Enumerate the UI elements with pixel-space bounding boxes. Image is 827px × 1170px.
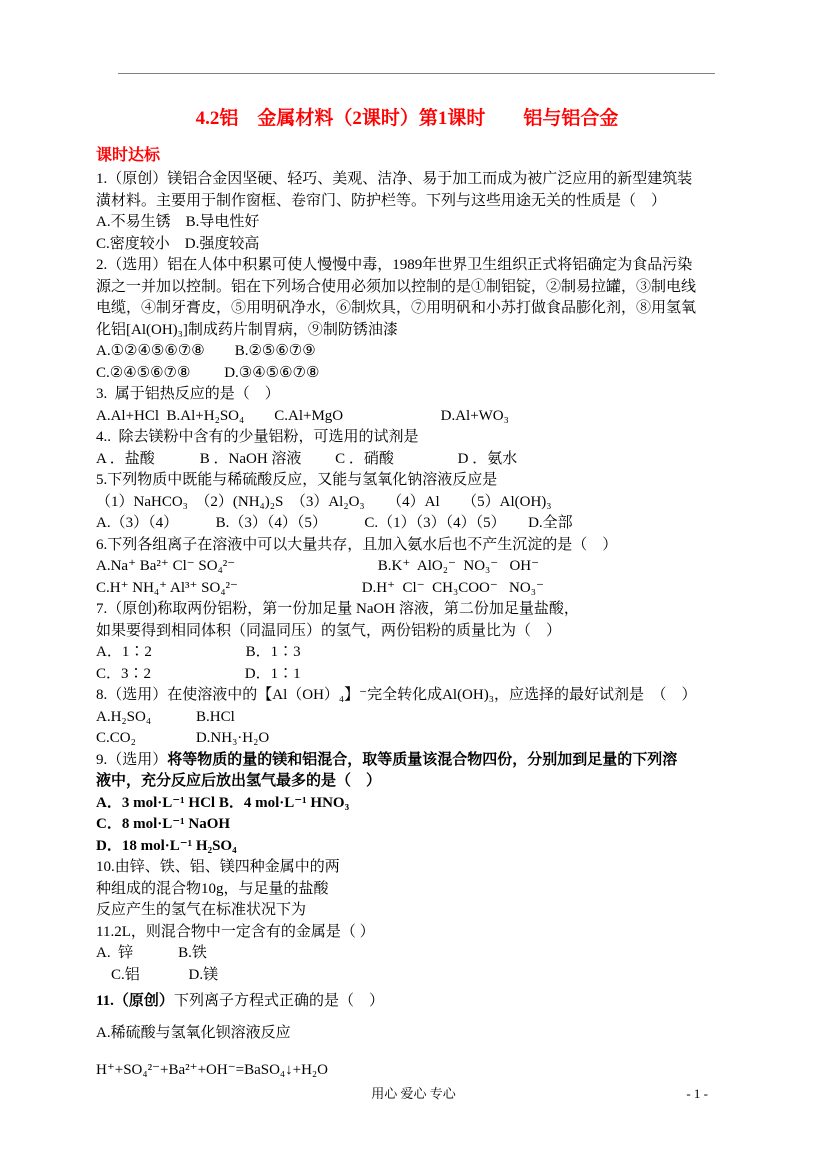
text-segment: A.不易生锈 B.导电性好 (96, 214, 259, 230)
document-line: 化铝[Al(OH)₃]制成药片制胃病，⑨制防锈油漆 (96, 320, 718, 342)
document-line: C.②④⑤⑥⑦⑧ D.③④⑤⑥⑦⑧ (96, 363, 718, 385)
document-line: 2.（选用）铝在人体中积累可使人慢慢中毒，1989年世界卫生组织正式将铝确定为食… (96, 255, 718, 277)
document-content: 4.2铝 金属材料（2课时）第1课时 铝与铝合金 课时达标 1.（原创）镁铝合金… (96, 106, 718, 1082)
document-line: 10.由锌、铁、铝、镁四种金属中的两 (96, 857, 718, 879)
document-line: A.H₂SO₄ B.HCl (96, 707, 718, 729)
document-line: A.①②④⑤⑥⑦⑧ B.②⑤⑥⑦⑨ (96, 341, 718, 363)
page-footer: 用心 爱心 专心 - 1 - (0, 1086, 827, 1102)
text-segment: 化铝[Al(OH)₃]制成药片制胃病，⑨制防锈油漆 (96, 322, 398, 338)
document-line: 1.（原创）镁铝合金因坚硬、轻巧、美观、洁净、易于加工而成为被广泛应用的新型建筑… (96, 169, 718, 191)
text-segment: A．1∶2 B．1∶3 (96, 644, 301, 660)
text-segment: A.H₂SO₄ B.HCl (96, 709, 235, 725)
document-line: A.Na⁺ Ba²⁺ Cl⁻ SO₄²⁻ B.K⁺ AlO₂⁻ NO₃⁻ OH⁻ (96, 556, 718, 578)
text-segment: 8.（选用）在使溶液中的【Al（OH）₄】⁻完全转化成Al(OH)₃，应选择的最… (96, 687, 696, 703)
text-segment: H⁺+SO₄²⁻+Ba²⁺+OH⁻=BaSO₄↓+H₂O (96, 1062, 328, 1078)
document-line: C．8 mol·L⁻¹ NaOH (96, 814, 718, 836)
text-segment: 7.（原创)称取两份铝粉，第一份加足量 NaOH 溶液，第二份加足量盐酸， (96, 601, 579, 617)
document-line: 6.下列各组离子在溶液中可以大量共存，且加入氨水后也不产生沉淀的是（ ） (96, 535, 718, 557)
document-line: C．3∶2 D．1∶1 (96, 664, 718, 686)
text-segment: A.稀硫酸与氢氧化钡溶液反应 (96, 1025, 291, 1041)
document-line: C.H⁺ NH₄⁺ Al³⁺ SO₄²⁻ D.H⁺ Cl⁻ CH₃COO⁻ NO… (96, 578, 718, 600)
text-segment: 种组成的混合物10g，与足量的盐酸 (96, 881, 329, 897)
document-line: A.稀硫酸与氢氧化钡溶液反应 (96, 1023, 718, 1045)
document-line: A．3 mol·L⁻¹ HCl B．4 mol·L⁻¹ HNO₃ (96, 793, 718, 815)
page-number: - 1 - (686, 1086, 708, 1102)
text-segment: 6.下列各组离子在溶液中可以大量共存，且加入氨水后也不产生沉淀的是（ ） (96, 537, 617, 553)
document-line: D．18 mol·L⁻¹ H₂SO₄ (96, 836, 718, 858)
document-line: A.不易生锈 B.导电性好 (96, 212, 718, 234)
document-line: 如果要得到相同体积（同温同压）的氢气，两份铝粉的质量比为（ ） (96, 621, 718, 643)
text-segment: 源之一并加以控制。铝在下列场合使用必须加以控制的是①制铝锭，②制易拉罐，③制电线 (96, 279, 696, 295)
page-title: 4.2铝 金属材料（2课时）第1课时 铝与铝合金 (96, 106, 718, 132)
document-line: 4.. 除去镁粉中含有的少量铝粉，可选用的试剂是 (96, 427, 718, 449)
text-segment: 潢材料。主要用于制作窗框、卷帘门、防护栏等。下列与这些用途无关的性质是（ ） (96, 193, 666, 209)
document-line: 源之一并加以控制。铝在下列场合使用必须加以控制的是①制铝锭，②制易拉罐，③制电线 (96, 277, 718, 299)
text-segment: C．3∶2 D．1∶1 (96, 666, 301, 682)
text-segment: 4.. 除去镁粉中含有的少量铝粉，可选用的试剂是 (96, 429, 419, 445)
text-segment: 5.下列物质中既能与稀硫酸反应，又能与氢氧化钠溶液反应是 (96, 472, 497, 488)
text-segment: C．8 mol·L⁻¹ NaOH (96, 816, 230, 832)
text-segment: A. 锌 B.铁 (96, 945, 207, 961)
text-segment: 如果要得到相同体积（同温同压）的氢气，两份铝粉的质量比为（ ） (96, 623, 561, 639)
text-segment: 2.（选用）铝在人体中积累可使人慢慢中毒，1989年世界卫生组织正式将铝确定为食… (96, 257, 692, 273)
text-segment: 3. 属于铝热反应的是（ ） (96, 386, 280, 402)
text-segment: D．18 mol·L⁻¹ H₂SO₄ (96, 838, 237, 854)
text-segment: 11.（原创） (96, 993, 174, 1009)
document-line: 种组成的混合物10g，与足量的盐酸 (96, 879, 718, 901)
document-line: 11.2L，则混合物中一定含有的金属是（ ） (96, 922, 718, 944)
document-line: A.Al+HCl B.Al+H₂SO₄ C.Al+MgO D.Al+WO₃ (96, 406, 718, 428)
text-segment: A.①②④⑤⑥⑦⑧ B.②⑤⑥⑦⑨ (96, 343, 316, 359)
text-segment: C.H⁺ NH₄⁺ Al³⁺ SO₄²⁻ D.H⁺ Cl⁻ CH₃COO⁻ NO… (96, 580, 544, 596)
header-rule (118, 73, 715, 74)
section-heading: 课时达标 (96, 146, 718, 166)
document-line: 3. 属于铝热反应的是（ ） (96, 384, 718, 406)
text-segment: A.Al+HCl B.Al+H₂SO₄ C.Al+MgO D.Al+WO₃ (96, 408, 509, 424)
document-lines: 1.（原创）镁铝合金因坚硬、轻巧、美观、洁净、易于加工而成为被广泛应用的新型建筑… (96, 169, 718, 1082)
document-line: C.铝 D.镁 (96, 965, 718, 987)
text-segment: C.铝 D.镁 (96, 967, 218, 983)
text-segment: C.②④⑤⑥⑦⑧ D.③④⑤⑥⑦⑧ (96, 365, 319, 381)
document-line: 9.（选用）将等物质的量的镁和铝混合，取等质量该混合物四份，分别加到足量的下列溶 (96, 750, 718, 772)
document-line: A．1∶2 B．1∶3 (96, 642, 718, 664)
document-line: 8.（选用）在使溶液中的【Al（OH）₄】⁻完全转化成Al(OH)₃，应选择的最… (96, 685, 718, 707)
document-line: A. 锌 B.铁 (96, 943, 718, 965)
text-segment: 1.（原创）镁铝合金因坚硬、轻巧、美观、洁净、易于加工而成为被广泛应用的新型建筑… (96, 171, 692, 187)
document-line: （1）NaHCO₃ （2）(NH₄)₂S （3）Al₂O₃ （4）Al （5）A… (96, 492, 718, 514)
document-line: 电缆，④制牙膏皮，⑤用明矾净水，⑥制炊具，⑦用明矾和小苏打做食品膨化剂，⑧用氢氧 (96, 298, 718, 320)
text-segment: C.CO₂ D.NH₃·H₂O (96, 730, 269, 746)
document-line: 潢材料。主要用于制作窗框、卷帘门、防护栏等。下列与这些用途无关的性质是（ ） (96, 191, 718, 213)
document-line: C.CO₂ D.NH₃·H₂O (96, 728, 718, 750)
document-line: C.密度较小 D.强度较高 (96, 234, 718, 256)
document-line: H⁺+SO₄²⁻+Ba²⁺+OH⁻=BaSO₄↓+H₂O (96, 1060, 718, 1082)
text-segment: 下列离子方程式正确的是（ ） (174, 993, 384, 1009)
text-segment: 电缆，④制牙膏皮，⑤用明矾净水，⑥制炊具，⑦用明矾和小苏打做食品膨化剂，⑧用氢氧 (96, 300, 696, 316)
text-segment: （1）NaHCO₃ （2）(NH₄)₂S （3）Al₂O₃ （4）Al （5）A… (96, 494, 552, 510)
text-segment: 反应产生的氢气在标准状况下为 (96, 902, 306, 918)
text-segment: 液中，充分反应后放出氢气最多的是（ ） (96, 773, 381, 789)
document-line: A.（3）（4） B.（3）（4）（5） C.（1）（3）（4）（5） D.全部 (96, 513, 718, 535)
document-line: 反应产生的氢气在标准状况下为 (96, 900, 718, 922)
text-segment: 将等物质的量的镁和铝混合，取等质量该混合物四份，分别加到足量的下列溶 (167, 752, 677, 768)
text-segment: A.（3）（4） B.（3）（4）（5） C.（1）（3）（4）（5） D.全部 (96, 515, 573, 531)
text-segment: 11.2L，则混合物中一定含有的金属是（ ） (96, 924, 375, 940)
text-segment: A．3 mol·L⁻¹ HCl B．4 mol·L⁻¹ HNO₃ (96, 795, 349, 811)
document-line: 11.（原创）下列离子方程式正确的是（ ） (96, 991, 718, 1013)
text-segment: C.密度较小 D.强度较高 (96, 236, 259, 252)
document-line: 液中，充分反应后放出氢气最多的是（ ） (96, 771, 718, 793)
document-line: 7.（原创)称取两份铝粉，第一份加足量 NaOH 溶液，第二份加足量盐酸， (96, 599, 718, 621)
document-page: 4.2铝 金属材料（2课时）第1课时 铝与铝合金 课时达标 1.（原创）镁铝合金… (0, 0, 827, 1170)
text-segment: 10.由锌、铁、铝、镁四种金属中的两 (96, 859, 340, 875)
document-line: 5.下列物质中既能与稀硫酸反应，又能与氢氧化钠溶液反应是 (96, 470, 718, 492)
text-segment: 9.（选用） (96, 752, 167, 768)
text-segment: A.Na⁺ Ba²⁺ Cl⁻ SO₄²⁻ B.K⁺ AlO₂⁻ NO₃⁻ OH⁻ (96, 558, 539, 574)
text-segment: A ．盐酸 B ．NaOH 溶液 C ．硝酸 D ．氨水 (96, 451, 517, 467)
document-line: A ．盐酸 B ．NaOH 溶液 C ．硝酸 D ．氨水 (96, 449, 718, 471)
